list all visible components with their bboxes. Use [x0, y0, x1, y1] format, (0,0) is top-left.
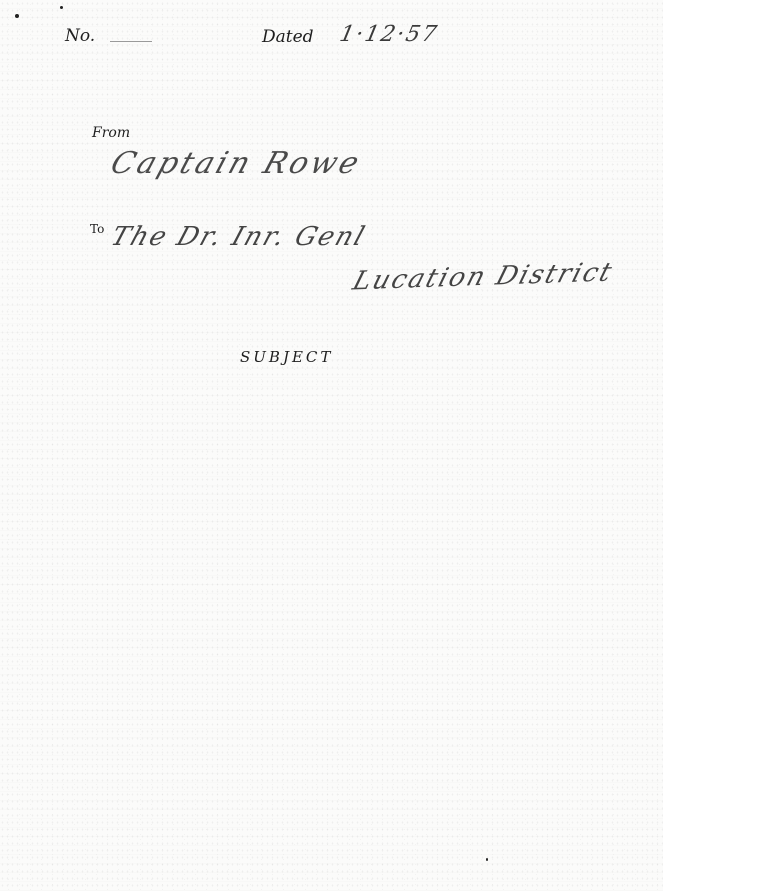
- scan-margin: 4: [663, 0, 761, 891]
- to-value-line-1: The Dr. Inr. Genl: [107, 222, 370, 252]
- subject-label: SUBJECT: [240, 348, 333, 366]
- no-label: No.: [65, 26, 95, 46]
- document-page: No. Dated 1·12·57 From Captain Rowe To T…: [0, 0, 663, 891]
- from-label: From: [92, 125, 130, 141]
- to-value-line-2: Lucation District: [349, 258, 617, 297]
- dated-label: Dated: [262, 27, 314, 47]
- dated-value: 1·12·57: [337, 22, 440, 47]
- no-value-line: [110, 41, 152, 42]
- ink-speck: [60, 6, 63, 9]
- ink-speck: [15, 14, 19, 18]
- ink-speck: [486, 858, 488, 861]
- from-value: Captain Rowe: [106, 146, 366, 181]
- to-label: To: [90, 222, 104, 236]
